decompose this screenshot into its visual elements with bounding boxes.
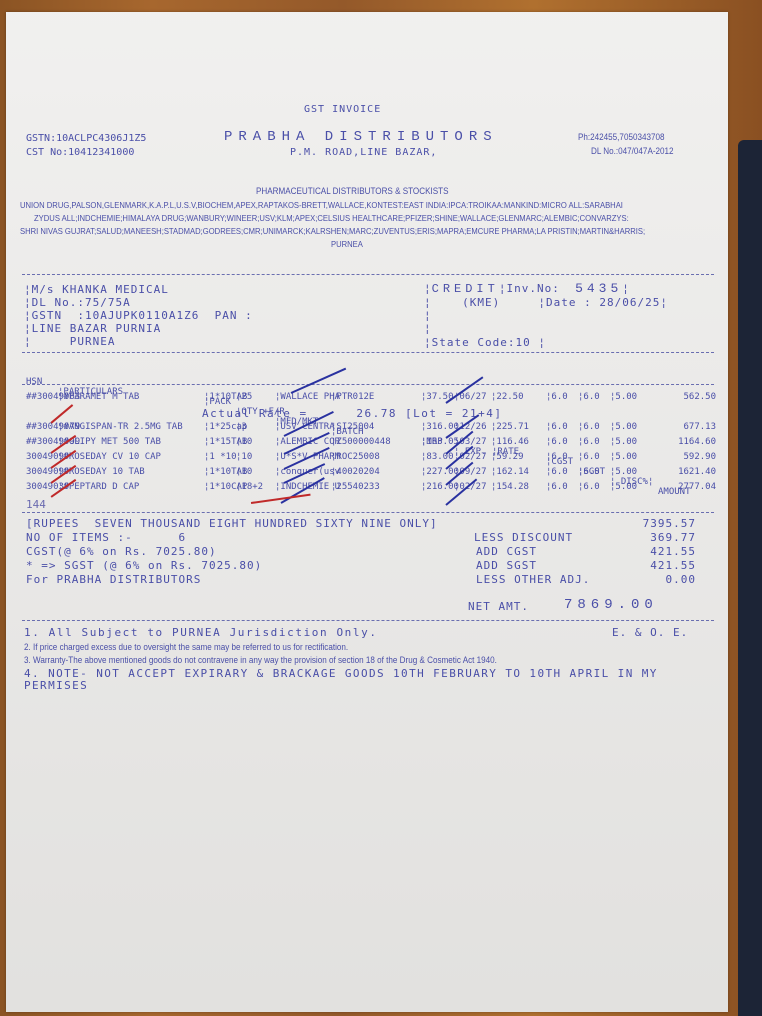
seller-cst: CST No:10412341000 xyxy=(26,147,134,158)
cell-sgst: ¦6.0 xyxy=(578,482,600,492)
cell-sgst: ¦6.0 xyxy=(578,422,600,432)
net-amount-value: 7869.00 xyxy=(564,597,658,613)
seller-name: PRABHA DISTRIBUTORS xyxy=(224,129,498,145)
companies-line-4: PURNEA xyxy=(331,239,363,249)
cell-disc: ¦5.00 xyxy=(610,467,637,477)
cell-disc: ¦5.00 xyxy=(610,482,637,492)
cell-rate: ¦116.46 xyxy=(491,437,529,447)
companies-line-3: SHRI NIVAS GUJRAT;SALUD;MANEESH;STADMAD;… xyxy=(20,226,645,236)
cell-disc: ¦5.00 xyxy=(610,392,637,402)
companies-line-1: UNION DRUG,PALSON,GLENMARK,K.A.P.L,U.S.V… xyxy=(20,200,623,210)
add-sgst-label: ADD SGST xyxy=(476,559,537,572)
invoice-number: 5435 xyxy=(575,281,622,296)
cell-qty: ¦10 xyxy=(236,452,252,462)
cell-sgst: ¦6.0 xyxy=(578,437,600,447)
cell-amount: 562.50 xyxy=(658,392,716,402)
meta-border: ¦ xyxy=(424,309,432,322)
seller-dl-no: DL No.:047/047A-2012 xyxy=(591,146,674,156)
add-sgst-value: 421.55 xyxy=(606,559,696,572)
cell-name: ¦#ROSEDAY CV 10 CAP xyxy=(58,452,161,462)
term-2: 2. If price charged excess due to oversi… xyxy=(24,642,348,652)
add-cgst-value: 421.55 xyxy=(606,545,696,558)
less-other-label: LESS OTHER ADJ. xyxy=(476,573,590,586)
divider xyxy=(22,620,714,621)
buyer-address-1: ¦LINE BAZAR PURNIA xyxy=(24,322,161,335)
binder-folder xyxy=(738,140,762,1016)
cell-cgst: ¦6.0 xyxy=(546,437,568,447)
divider xyxy=(22,274,714,275)
state-code: ¦State Code:10 ¦ xyxy=(424,336,546,349)
divider xyxy=(22,352,714,353)
invoice-meta-line-1: ¦CREDIT¦Inv.No: 5435¦ xyxy=(424,281,630,296)
cell-qty: ¦3 xyxy=(236,422,247,432)
buyer-dl-no: ¦DL No.:75/75A xyxy=(24,296,131,309)
cell-batch: ¦Z500000448 xyxy=(331,437,391,447)
for-line: For PRABHA DISTRIBUTORS xyxy=(26,573,201,586)
divider xyxy=(22,384,714,385)
eoe: E. & O. E. xyxy=(612,626,688,639)
buyer-address-2: ¦ PURNEA xyxy=(24,335,116,348)
cell-qty: ¦25 xyxy=(236,392,252,402)
invoice-meta-line-2: ¦ (KME) ¦Date : 28/06/25¦ xyxy=(424,296,668,309)
cell-amount: 2777.04 xyxy=(658,482,716,492)
cell-batch: ¦ROC25008 xyxy=(331,452,380,462)
term-3: 3. Warranty-The above mentioned goods do… xyxy=(24,655,497,665)
term-4-cont: PERMISES xyxy=(24,679,88,692)
cell-rate: ¦59.29 xyxy=(491,452,524,462)
meta-border: ¦ xyxy=(424,322,432,335)
cell-amount: 1164.60 xyxy=(658,437,716,447)
cell-pack: ¦1 *10 xyxy=(204,452,237,462)
term-4: 4. NOTE- NOT ACCEPT EXPIRARY & BRACKAGE … xyxy=(24,667,658,680)
cell-name: ¦#PARAMET M TAB xyxy=(58,392,139,402)
cell-batch: ¦PTR012E xyxy=(331,392,374,402)
cell-qty: ¦10 xyxy=(236,437,252,447)
less-discount-value: 369.77 xyxy=(606,531,696,544)
add-cgst-label: ADD CGST xyxy=(476,545,537,558)
cell-name: ¦#ANGISPAN-TR 2.5MG TAB xyxy=(58,422,183,432)
cell-rate: ¦225.71 xyxy=(491,422,529,432)
sgst-note: * => SGST (@ 6% on Rs. 7025.80) xyxy=(26,559,262,572)
cell-rate: ¦162.14 xyxy=(491,467,529,477)
checkmark-icon xyxy=(291,368,347,394)
seller-phone: Ph:242455,7050343708 xyxy=(578,132,664,142)
invoice-paper: GST INVOICE GSTN:10ACLPC4306J1Z5 CST No:… xyxy=(6,12,728,1012)
cell-qty: ¦18+2 xyxy=(236,482,263,492)
buyer-gstn: ¦GSTN :10AJUPK0110A1Z6 PAN : xyxy=(24,309,253,322)
red-strike-mark xyxy=(51,404,73,423)
invoice-type: CREDIT xyxy=(432,282,499,296)
cell-amount: 1621.40 xyxy=(658,467,716,477)
cell-rate: ¦22.50 xyxy=(491,392,524,402)
seller-tagline: PHARMACEUTICAL DISTRIBUTORS & STOCKISTS xyxy=(256,186,448,196)
cell-rate: ¦154.28 xyxy=(491,482,529,492)
cell-sgst: ¦6.0 xyxy=(578,392,600,402)
term-1: 1. All Subject to PURNEA Jurisdiction On… xyxy=(24,626,378,639)
cell-cgst: ¦6.0 xyxy=(546,422,568,432)
less-other-value: 0.00 xyxy=(606,573,696,586)
cell-sgst: ¦6.0 xyxy=(578,467,600,477)
cell-disc: ¦5.00 xyxy=(610,437,637,447)
cell-disc: ¦5.00 xyxy=(610,422,637,432)
invoice-date: 28/06/25 xyxy=(599,296,660,309)
amount-in-words: [RUPEES SEVEN THOUSAND EIGHT HUNDRED SIX… xyxy=(26,517,438,530)
cell-batch: ¦SI25004 xyxy=(331,422,374,432)
cell-cgst: ¦6.0 xyxy=(546,467,568,477)
seller-gstn: GSTN:10ACLPC4306J1Z5 xyxy=(26,133,146,144)
less-discount-label: LESS DISCOUNT xyxy=(474,531,573,544)
handwritten-total: 144 xyxy=(26,498,46,511)
cell-amount: 592.90 xyxy=(658,452,716,462)
cell-cgst: ¦6.0 xyxy=(546,452,568,462)
cell-sgst: ¦6.0 xyxy=(578,452,600,462)
cell-batch: ¦40020204 xyxy=(331,467,380,477)
cgst-note: CGST(@ 6% on Rs. 7025.80) xyxy=(26,545,217,558)
companies-line-2: ZYDUS ALL;INDCHEMIE;HIMALAYA DRUG;WANBUR… xyxy=(34,213,629,223)
cell-mrp: ¦83.00 xyxy=(421,452,454,462)
divider xyxy=(22,512,714,513)
doc-title: GST INVOICE xyxy=(304,104,381,115)
cell-cgst: ¦6.0 xyxy=(546,482,568,492)
items-count: NO OF ITEMS :- 6 xyxy=(26,531,186,544)
cell-cgst: ¦6.0 xyxy=(546,392,568,402)
buyer-name: ¦M/s KHANKA MEDICAL xyxy=(24,283,169,296)
cell-name: ¦#GLIPY MET 500 TAB xyxy=(58,437,161,447)
cell-batch: ¦25540233 xyxy=(331,482,380,492)
seller-address: P.M. ROAD,LINE BAZAR, xyxy=(290,147,437,158)
actual-rate-note: Actual Rate = 26.78 [Lot = 21+4] xyxy=(202,407,503,420)
cell-qty: ¦10 xyxy=(236,467,252,477)
cell-disc: ¦5.00 xyxy=(610,452,637,462)
net-amount-label: NET AMT. xyxy=(468,600,529,613)
gross-amount: 7395.57 xyxy=(606,517,696,530)
cell-amount: 677.13 xyxy=(658,422,716,432)
